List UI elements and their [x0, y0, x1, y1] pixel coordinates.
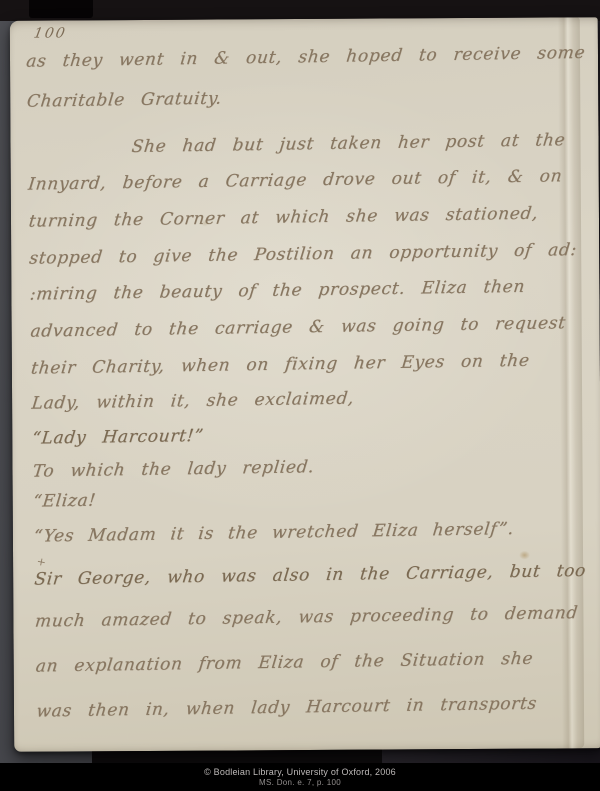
manuscript-line: their Charity, when on fixing her Eyes o…	[30, 350, 531, 380]
manuscript-line: “Yes Madam it is the wretched Eliza hers…	[33, 518, 516, 548]
margin-mark: +	[36, 555, 48, 570]
manuscript-line: Lady, within it, she exclaimed,	[30, 388, 355, 415]
manuscript-line: as they went in & out, she hoped to rece…	[25, 42, 586, 73]
manuscript-text: as they went in & out, she hoped to rece…	[6, 13, 600, 753]
manuscript-line: Innyard, before a Carriage drove out of …	[27, 165, 563, 195]
manuscript-line: advanced to the carriage & was going to …	[29, 312, 567, 342]
manuscript-line: She had but just taken her post at the	[130, 129, 566, 158]
manuscript-line: turning the Corner at which she was stat…	[28, 203, 540, 233]
manuscript-page: 100 as they went in & out, she hoped to …	[10, 17, 600, 752]
shelfmark-caption: MS. Don. e. 7, p. 100	[0, 778, 600, 788]
manuscript-line: “Eliza!	[32, 490, 97, 513]
photo-backdrop: 100 as they went in & out, she hoped to …	[0, 0, 600, 791]
manuscript-line: stopped to give the Postilion an opportu…	[28, 239, 578, 270]
manuscript-line: an explanation from Eliza of the Situati…	[35, 648, 535, 678]
book-clamp-tab	[29, 0, 93, 18]
manuscript-line: To which the lady replied.	[32, 456, 316, 482]
manuscript-line: Charitable Gratuity.	[26, 88, 223, 113]
copyright-caption: © Bodleian Library, University of Oxford…	[0, 767, 600, 778]
caption-bar: © Bodleian Library, University of Oxford…	[0, 763, 600, 791]
manuscript-line: Sir George, who was also in the Carriage…	[33, 560, 587, 591]
manuscript-line: “Lady Harcourt!”	[31, 425, 205, 450]
manuscript-line: much amazed to speak, was proceeding to …	[34, 602, 579, 633]
manuscript-line: :miring the beauty of the prospect. Eliz…	[29, 276, 527, 306]
manuscript-line: was then in, when lady Harcourt in trans…	[35, 693, 538, 723]
